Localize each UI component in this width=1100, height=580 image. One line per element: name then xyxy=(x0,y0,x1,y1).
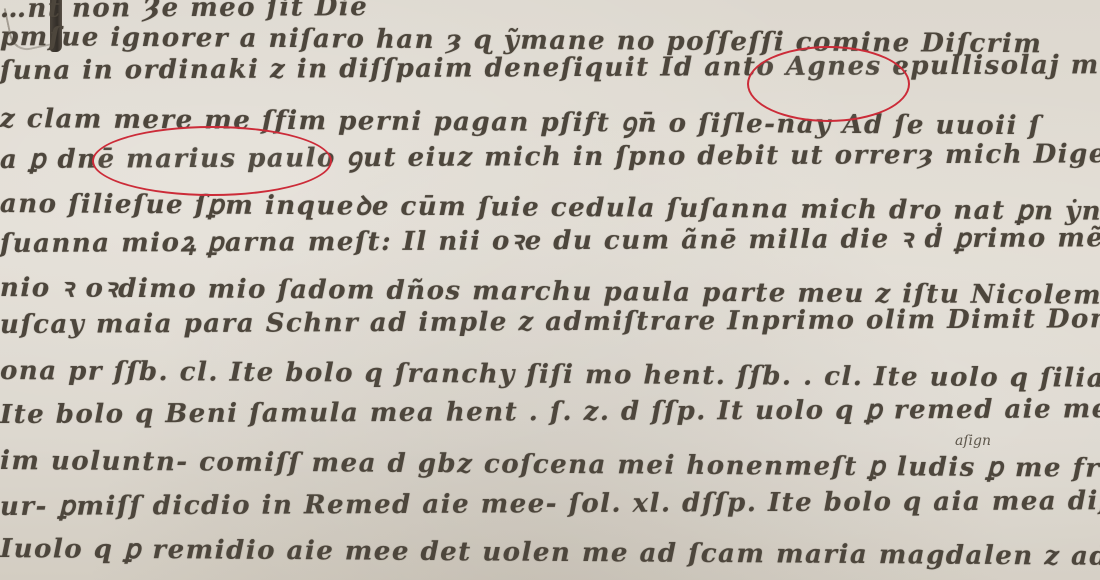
manuscript-line: ona pr ſſb. cl. Ite bolo q ſranchy ſiſi … xyxy=(0,356,1100,394)
manuscript-line: ur- ꝑmiſſ dicdio in Remed aie mee- ſol. … xyxy=(0,486,1100,522)
manuscript-line: uſcay maia para Schnr ad imple z admiſtr… xyxy=(0,304,1100,340)
red-circle-annotation-marius-paulo xyxy=(92,126,332,196)
manuscript-line: im uoluntn- comiſſ mea d gbz coſcena mei… xyxy=(0,446,1100,484)
manuscript-line: Ite bolo q Beni ſamula mea hent . ſ. z. … xyxy=(0,394,1100,430)
manuscript-line: ſuanna mioꝝ ꝑarna meſt: Il nii oꝛe du cu… xyxy=(0,218,1100,260)
manuscript-line: ſuna in ordinaki z in diſſpaim deneſiqui… xyxy=(0,50,1100,86)
manuscript-line: Iuolo q ꝑ remidio aie mee det uolen me a… xyxy=(0,534,1100,572)
red-circle-annotation-agnes xyxy=(747,46,910,122)
interlinear-note: aſign xyxy=(955,433,991,449)
manuscript-photo: …nt non Ȝe meo ſit Die pmſue ignorer a n… xyxy=(0,0,1100,580)
manuscript-line: …nt non Ȝe meo ſit Die xyxy=(0,0,368,24)
